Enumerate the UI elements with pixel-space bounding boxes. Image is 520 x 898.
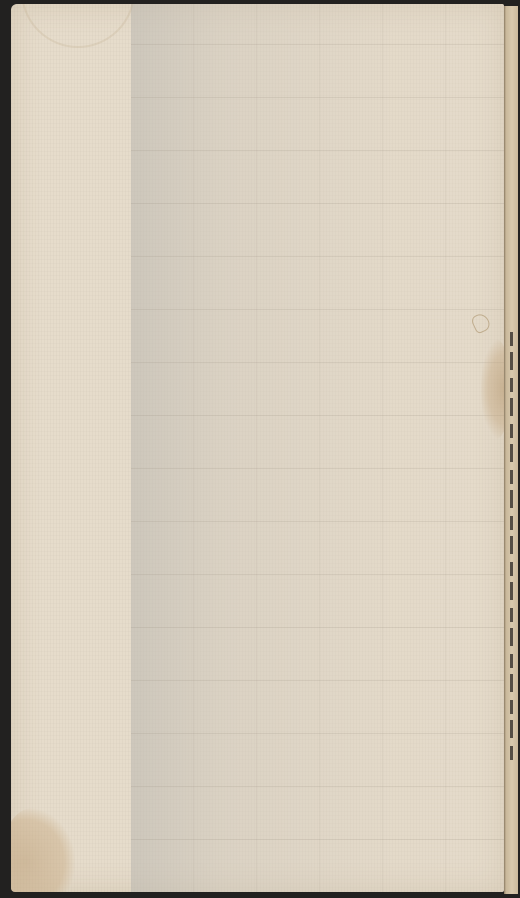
adjacent-page-text-fragment — [510, 330, 513, 760]
blank-page — [11, 4, 504, 892]
faint-ruled-grid — [131, 4, 504, 892]
ring-stain — [21, 4, 135, 48]
water-stain-corner — [11, 808, 75, 892]
water-stain-right — [481, 339, 504, 439]
page-text — [11, 4, 12, 5]
scan-background — [0, 0, 520, 898]
